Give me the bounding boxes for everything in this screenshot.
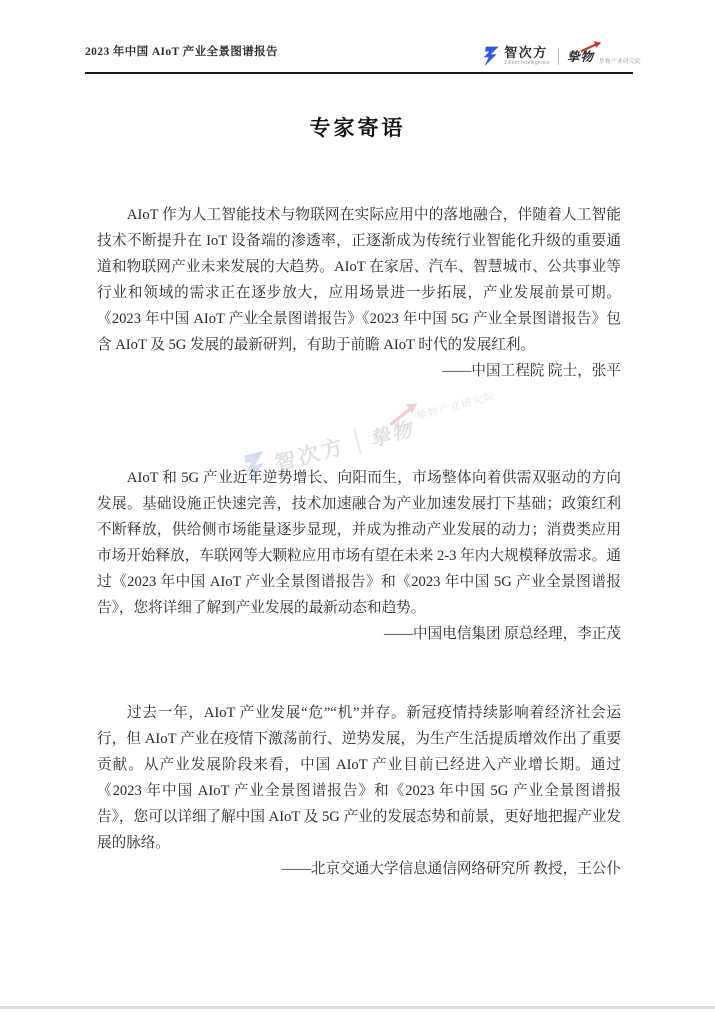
zhiwu-logo: 挚物 [567, 47, 594, 66]
zhicifang-brand-tagline: Zillion Intelligence [504, 61, 550, 66]
brand-logos: 智次方 Zillion Intelligence 挚物 挚物产业研究院 [483, 41, 641, 71]
zhicifang-logo-icon [483, 45, 500, 68]
quote-text: 过去一年，AIoT 产业发展“危”“机”并存。新冠疫情持续影响着经济社会运行，但… [97, 700, 621, 856]
document-page: 2023 年中国 AIoT 产业全景图谱报告 智次方 Zillion Intel… [0, 0, 715, 1012]
logo-divider [558, 48, 559, 65]
quote-text: AIoT 作为人工智能技术与物联网在实际应用中的落地融合，伴随着人工智能技术不断… [97, 202, 621, 358]
expert-quote-zhangping: AIoT 作为人工智能技术与物联网在实际应用中的落地融合，伴随着人工智能技术不断… [97, 202, 621, 384]
zhicifang-brand-text: 智次方 Zillion Intelligence [504, 46, 550, 66]
header-rule [85, 72, 633, 74]
watermark-zhiwu-arrow-icon [385, 401, 423, 427]
page-title: 专家寄语 [0, 112, 715, 142]
footer-rule [0, 1006, 715, 1009]
watermark-zhiwu-logo: 挚物 [366, 412, 416, 451]
expert-quote-wanggongpu: 过去一年，AIoT 产业发展“危”“机”并存。新冠疫情持续影响着经济社会运行，但… [97, 700, 621, 882]
expert-quote-lizhengmao: AIoT 和 5G 产业近年逆势增长、向阳而生，市场整体向着供需双驱动的方向发展… [97, 465, 621, 647]
zhiwu-arrow-icon [580, 41, 602, 53]
quote-attribution: ——中国电信集团 原总经理，李正茂 [97, 621, 621, 647]
watermark-institute-label: 挚物产业研究院 [415, 388, 497, 423]
quote-text: AIoT 和 5G 产业近年逆势增长、向阳而生，市场整体向着供需双驱动的方向发展… [97, 465, 621, 621]
watermark-zhiwu-name: 挚物 [368, 418, 416, 451]
quote-attribution: ——北京交通大学信息通信网络研究所 教授，王公仆 [97, 856, 621, 882]
zhicifang-brand-name: 智次方 [504, 46, 550, 59]
watermark-divider [353, 428, 362, 454]
zhiwu-institute-label: 挚物产业研究院 [599, 57, 641, 65]
quote-attribution: ——中国工程院 院士，张平 [97, 358, 621, 384]
report-title: 2023 年中国 AIoT 产业全景图谱报告 [85, 43, 278, 59]
